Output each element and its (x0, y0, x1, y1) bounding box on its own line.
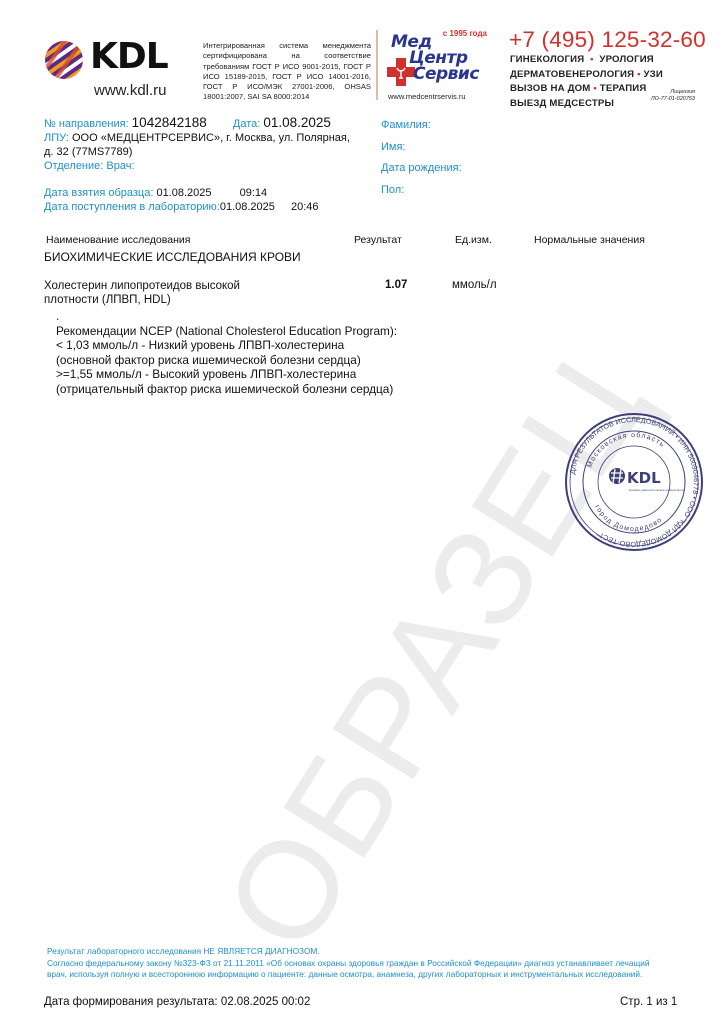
lab-date-row: Дата поступления в лабораторию:01.08.202… (44, 200, 319, 214)
page-number: Стр. 1 из 1 (620, 996, 677, 1008)
column-header-test: Наименование исследования (46, 234, 190, 246)
order-date: 01.08.2025 (263, 115, 331, 130)
column-header-reference: Нормальные значения (534, 234, 645, 246)
section-title: БИОХИМИЧЕСКИЕ ИССЛЕДОВАНИЯ КРОВИ (44, 250, 301, 264)
disclaimer: Результат лабораторного исследования НЕ … (47, 946, 667, 981)
license: Лицензия ЛО-77-01-020753 (640, 89, 695, 103)
department-label: Отделение: (44, 160, 103, 172)
stamp-top-text: Московская область (586, 431, 666, 469)
sample-date: 01.08.2025 (156, 187, 211, 199)
sample-date-label: Дата взятия образца: (44, 187, 153, 199)
services-row-1: ГИНЕКОЛОГИЯ • УРОЛОГИЯ (510, 53, 663, 68)
column-header-result: Результат (354, 234, 402, 246)
sample-date-row: Дата взятия образца: 01.08.2025 09:14 (44, 186, 267, 200)
test-name: Холестерин липопротеидов высокой плотнос… (44, 279, 284, 307)
license-label: Лицензия (640, 89, 695, 96)
bullet-icon: • (634, 69, 643, 80)
patient-dob-label: Дата рождения: (381, 161, 462, 175)
bullet-icon: • (590, 83, 599, 94)
disclaimer-line-2: Согласно федеральному закону №323-ФЗ от … (47, 958, 667, 981)
kdl-globe-icon (44, 40, 84, 80)
generation-date: Дата формирования результата: 02.08.2025… (44, 996, 310, 1008)
lpu-value: ООО «МЕДЦЕНТРСЕРВИС», г. Москва, ул. Пол… (44, 132, 350, 158)
medcentr-url: www.medcentrservis.ru (388, 92, 466, 101)
stamp-brand: KDL (627, 469, 661, 487)
patient-surname-label: Фамилия: (381, 118, 431, 132)
kdl-url: www.kdl.ru (94, 82, 167, 99)
order-date-label: Дата: (233, 118, 260, 130)
license-number: ЛО-77-01-020753 (640, 96, 695, 103)
lab-date-label: Дата поступления в лабораторию: (44, 201, 220, 213)
since-year: с 1995 года (443, 29, 487, 38)
order-number-label: № направления: (44, 118, 129, 130)
lab-time: 20:46 (291, 201, 319, 213)
generation-date-value: 02.08.2025 00:02 (221, 996, 311, 1008)
certification-text: Интегрированная система менеджмента серт… (203, 41, 371, 103)
generation-date-label: Дата формирования результата: (44, 996, 218, 1008)
test-unit: ммоль/л (452, 279, 497, 291)
medcentrservis-logo: с 1995 года Мед Центр Сервис www.medcent… (385, 28, 495, 106)
order-number-row: № направления: 1042842188 Дата: 01.08.20… (44, 116, 331, 131)
disclaimer-line-1: Результат лабораторного исследования НЕ … (47, 946, 667, 958)
test-comment: . Рекомендации NCEP (National Cholestero… (56, 309, 397, 397)
doctor-label: Врач: (106, 160, 134, 172)
patient-name-label: Имя: (381, 140, 405, 154)
stamp-kdl-globe-icon (609, 468, 625, 484)
kdl-logo: KDL www.kdl.ru (44, 38, 189, 100)
phone-number[interactable]: +7 (495) 125-32-60 (509, 27, 706, 53)
lab-stamp: ДЛЯ РЕЗУЛЬТАТОВ ИССЛЕДОВАНИЙ • ИНН 50090… (561, 412, 707, 552)
patient-sex-label: Пол: (381, 183, 404, 197)
lpu-label: ЛПУ: (44, 132, 69, 144)
column-header-unit: Ед.изм. (455, 234, 492, 246)
stamp-subtitle: клинико-диагностические лаборатории (629, 488, 684, 492)
kdl-brand: KDL (90, 36, 168, 77)
order-number: 1042842188 (132, 115, 207, 130)
sample-time: 09:14 (240, 187, 268, 199)
services-row-2: ДЕРМАТОВЕНЕРОЛОГИЯ • УЗИ (510, 68, 663, 83)
lpu-row: ЛПУ: ООО «МЕДЦЕНТРСЕРВИС», г. Москва, ул… (44, 131, 354, 159)
test-result: 1.07 (385, 279, 407, 291)
header-divider (376, 30, 378, 100)
brand-servis: Сервис (413, 66, 479, 82)
department-row: Отделение: Врач: (44, 159, 135, 173)
bullet-icon: • (584, 54, 599, 65)
lab-date: 01.08.2025 (220, 201, 275, 213)
